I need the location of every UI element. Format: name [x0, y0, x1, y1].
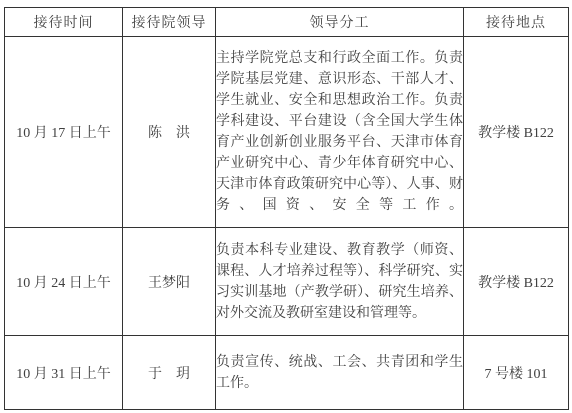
- cell-duty: 负责本科专业建设、教育教学（师资、课程、人才培养过程等）、科学研究、实习实训基地…: [216, 228, 464, 336]
- table-row: 10 月 24 日上午 王梦阳 负责本科专业建设、教育教学（师资、课程、人才培养…: [5, 228, 569, 336]
- duty-text: 主持学院党总支和行政全面工作。负责学院基层党建、意识形态、干部人才、学生就业、安…: [216, 48, 463, 216]
- header-reception-leader: 接待院领导: [123, 8, 216, 37]
- header-reception-time: 接待时间: [5, 8, 123, 37]
- cell-location: 7 号楼 101: [464, 336, 569, 410]
- duty-text: 负责宣传、统战、工会、共青团和学生工作。: [216, 352, 463, 394]
- document-page: 接待时间 接待院领导 领导分工 接待地点 10 月 17 日上午 陈 洪 主持学…: [0, 0, 572, 413]
- duty-text: 负责本科专业建设、教育教学（师资、课程、人才培养过程等）、科学研究、实习实训基地…: [216, 240, 463, 324]
- cell-duty: 主持学院党总支和行政全面工作。负责学院基层党建、意识形态、干部人才、学生就业、安…: [216, 37, 464, 228]
- cell-leader: 陈 洪: [123, 37, 216, 228]
- cell-time: 10 月 31 日上午: [5, 336, 123, 410]
- table-header-row: 接待时间 接待院领导 领导分工 接待地点: [5, 8, 569, 37]
- table-row: 10 月 31 日上午 于 玥 负责宣传、统战、工会、共青团和学生工作。 7 号…: [5, 336, 569, 410]
- cell-location: 教学楼 B122: [464, 228, 569, 336]
- header-reception-location: 接待地点: [464, 8, 569, 37]
- cell-time: 10 月 17 日上午: [5, 37, 123, 228]
- cell-leader: 王梦阳: [123, 228, 216, 336]
- reception-schedule-table: 接待时间 接待院领导 领导分工 接待地点 10 月 17 日上午 陈 洪 主持学…: [4, 7, 569, 410]
- cell-leader: 于 玥: [123, 336, 216, 410]
- cell-time: 10 月 24 日上午: [5, 228, 123, 336]
- cell-duty: 负责宣传、统战、工会、共青团和学生工作。: [216, 336, 464, 410]
- cell-location: 教学楼 B122: [464, 37, 569, 228]
- header-leader-duties: 领导分工: [216, 8, 464, 37]
- table-row: 10 月 17 日上午 陈 洪 主持学院党总支和行政全面工作。负责学院基层党建、…: [5, 37, 569, 228]
